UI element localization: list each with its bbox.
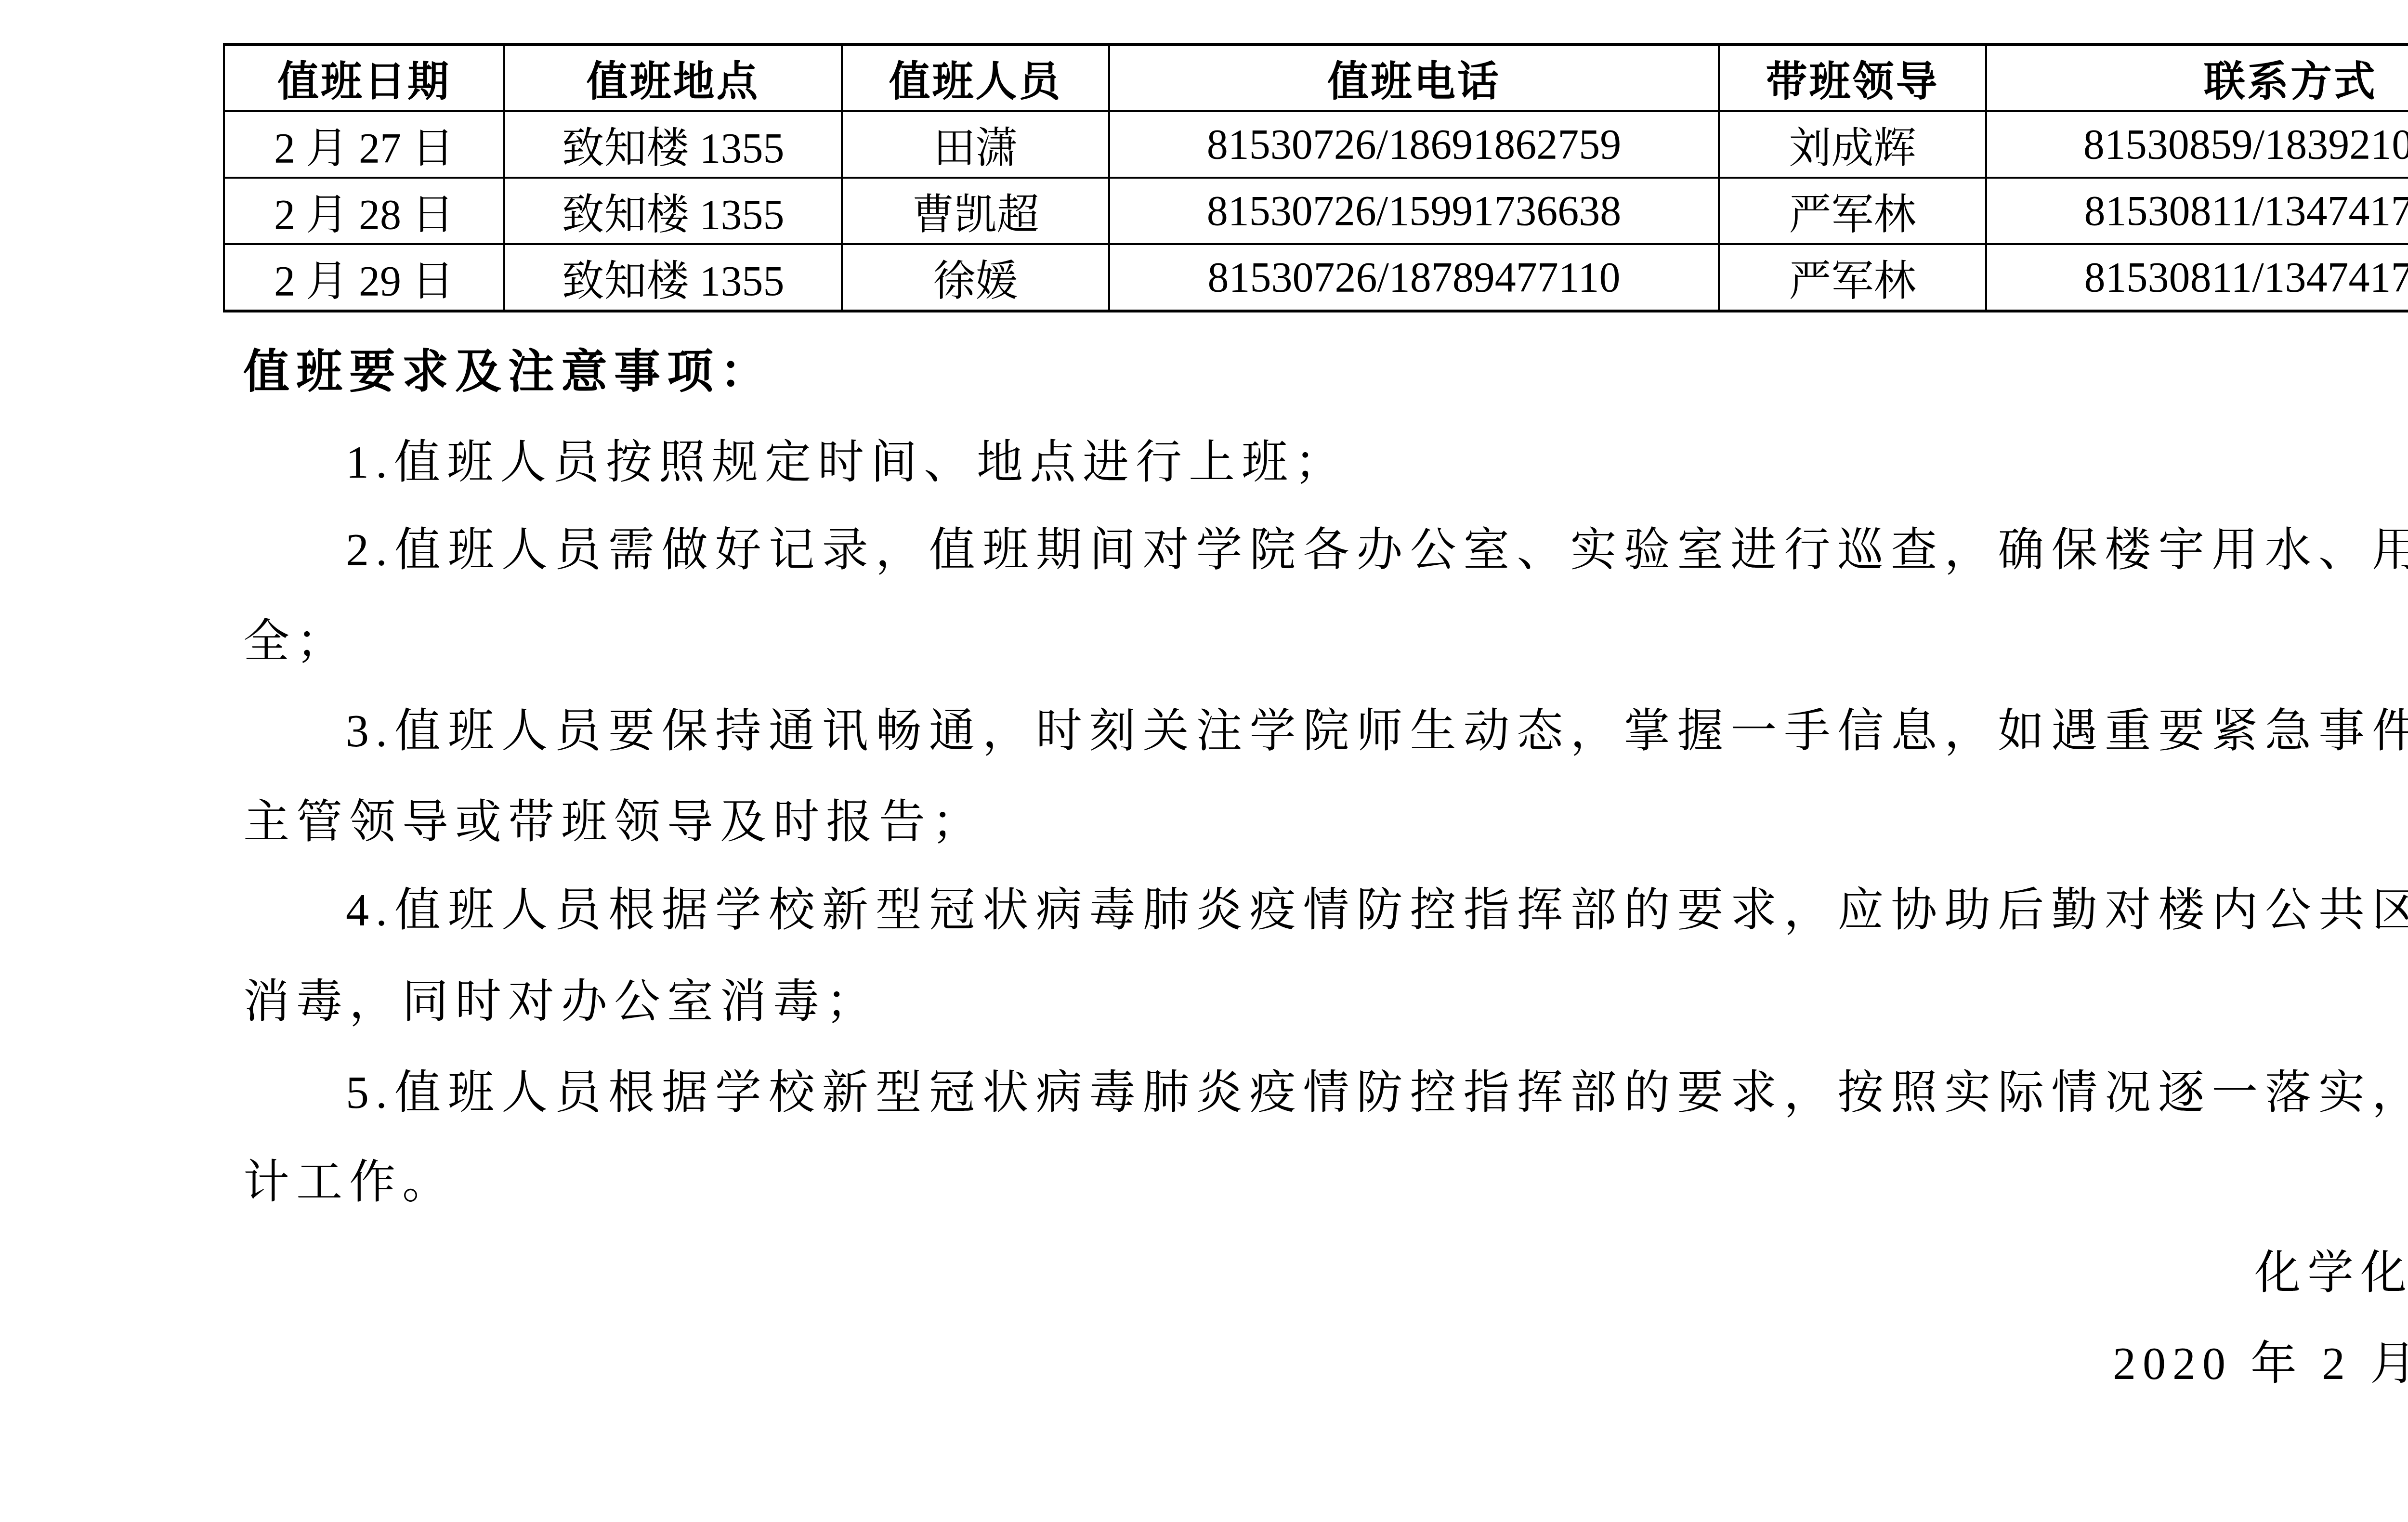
cell-contact: 81530859/18392107176 xyxy=(1986,111,2408,178)
cell-location: 致知楼 1355 xyxy=(504,111,842,178)
cell-leader: 刘成辉 xyxy=(1719,111,1986,178)
signature-date: 2020 年 2 月 13 日 xyxy=(2113,1335,2408,1392)
note-line-2-cont: 全； xyxy=(243,612,349,670)
duty-schedule-table: 值班日期 值班地点 值班人员 值班电话 带班领导 联系方式 2 月 27 日 致… xyxy=(223,43,2408,312)
note-line-4: 4.值班人员根据学校新型冠状病毒肺炎疫情防控指挥部的要求，应协助后勤对楼内公共区… xyxy=(346,881,2408,939)
column-header-staff: 值班人员 xyxy=(842,44,1109,111)
cell-duty-phone: 81530726/18789477110 xyxy=(1109,244,1719,311)
cell-location: 致知楼 1355 xyxy=(504,178,842,244)
cell-leader: 严军林 xyxy=(1719,178,1986,244)
cell-location: 致知楼 1355 xyxy=(504,244,842,311)
cell-duty-phone: 81530726/15991736638 xyxy=(1109,178,1719,244)
cell-date: 2 月 29 日 xyxy=(224,244,504,311)
column-header-contact: 联系方式 xyxy=(1986,44,2408,111)
note-line-3: 3.值班人员要保持通讯畅通，时刻关注学院师生动态，掌握一手信息，如遇重要紧急事件… xyxy=(346,702,2408,760)
signature-organization: 化学化工学院 xyxy=(2254,1244,2408,1301)
note-line-5-cont: 计工作。 xyxy=(243,1153,455,1211)
table-row: 2 月 29 日 致知楼 1355 徐媛 81530726/1878947711… xyxy=(224,244,2408,311)
cell-leader: 严军林 xyxy=(1719,244,1986,311)
cell-staff: 曹凯超 xyxy=(842,178,1109,244)
cell-staff: 田潇 xyxy=(842,111,1109,178)
cell-date: 2 月 28 日 xyxy=(224,178,504,244)
column-header-leader: 带班领导 xyxy=(1719,44,1986,111)
cell-contact: 81530811/13474173586 xyxy=(1986,244,2408,311)
notes-heading: 值班要求及注意事项： xyxy=(243,343,773,401)
note-line-2: 2.值班人员需做好记录，值班期间对学院各办公室、实验室进行巡查，确保楼宇用水、用… xyxy=(346,521,2408,579)
note-line-5: 5.值班人员根据学校新型冠状病毒肺炎疫情防控指挥部的要求，按照实际情况逐一落实，… xyxy=(346,1064,2408,1121)
column-header-duty-phone: 值班电话 xyxy=(1109,44,1719,111)
cell-staff: 徐媛 xyxy=(842,244,1109,311)
note-line-1: 1.值班人员按照规定时间、地点进行上班； xyxy=(346,433,1348,491)
column-header-date: 值班日期 xyxy=(224,44,504,111)
cell-contact: 81530811/13474173586 xyxy=(1986,178,2408,244)
table-row: 2 月 27 日 致知楼 1355 田潇 81530726/1869186275… xyxy=(224,111,2408,178)
cell-date: 2 月 27 日 xyxy=(224,111,504,178)
cell-duty-phone: 81530726/18691862759 xyxy=(1109,111,1719,178)
table-row: 2 月 28 日 致知楼 1355 曹凯超 81530726/159917366… xyxy=(224,178,2408,244)
note-line-4-cont: 消毒，同时对办公室消毒； xyxy=(243,973,879,1030)
table-header-row: 值班日期 值班地点 值班人员 值班电话 带班领导 联系方式 xyxy=(224,44,2408,111)
note-line-3-cont: 主管领导或带班领导及时报告； xyxy=(243,793,985,851)
column-header-location: 值班地点 xyxy=(504,44,842,111)
